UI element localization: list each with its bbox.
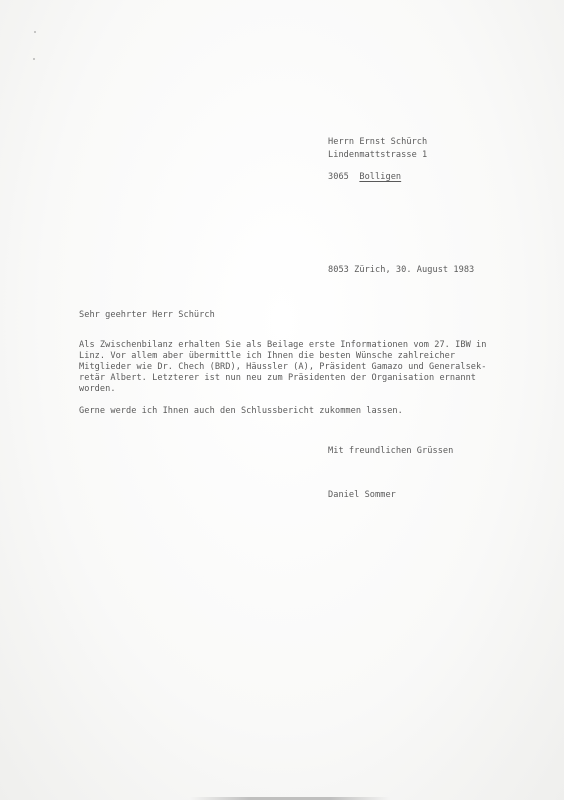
recipient-city: Bolligen [359,172,401,182]
closing: Mit freundlichen Grüssen [328,446,453,457]
body-line: Als Zwischenbilanz erhalten Sie als Beil… [79,340,486,351]
body-line: Mitglieder wie Dr. Chech (BRD), Häussler… [79,362,486,373]
recipient-street: Lindenmattstrasse 1 [328,150,427,161]
recipient-postal-code: 3065 [328,172,349,182]
body-paragraph-2: Gerne werde ich Ihnen auch den Schlussbe… [79,406,403,417]
body-line: retär Albert. Letzterer ist nun neu zum … [79,373,476,384]
letter-page: Herrn Ernst Schürch Lindenmattstrasse 1 … [0,0,564,800]
paper-speck [33,58,35,60]
paper-speck [34,31,36,33]
recipient-name: Herrn Ernst Schürch [328,137,427,148]
body-line: Linz. Vor allem aber übermittle ich Ihne… [79,351,455,362]
body-line: worden. [79,384,116,395]
signature-name: Daniel Sommer [328,490,396,501]
recipient-city-line: 3065 Bolligen [328,172,401,183]
salutation: Sehr geehrter Herr Schürch [79,310,215,321]
date-line: 8053 Zürich, 30. August 1983 [328,265,474,276]
